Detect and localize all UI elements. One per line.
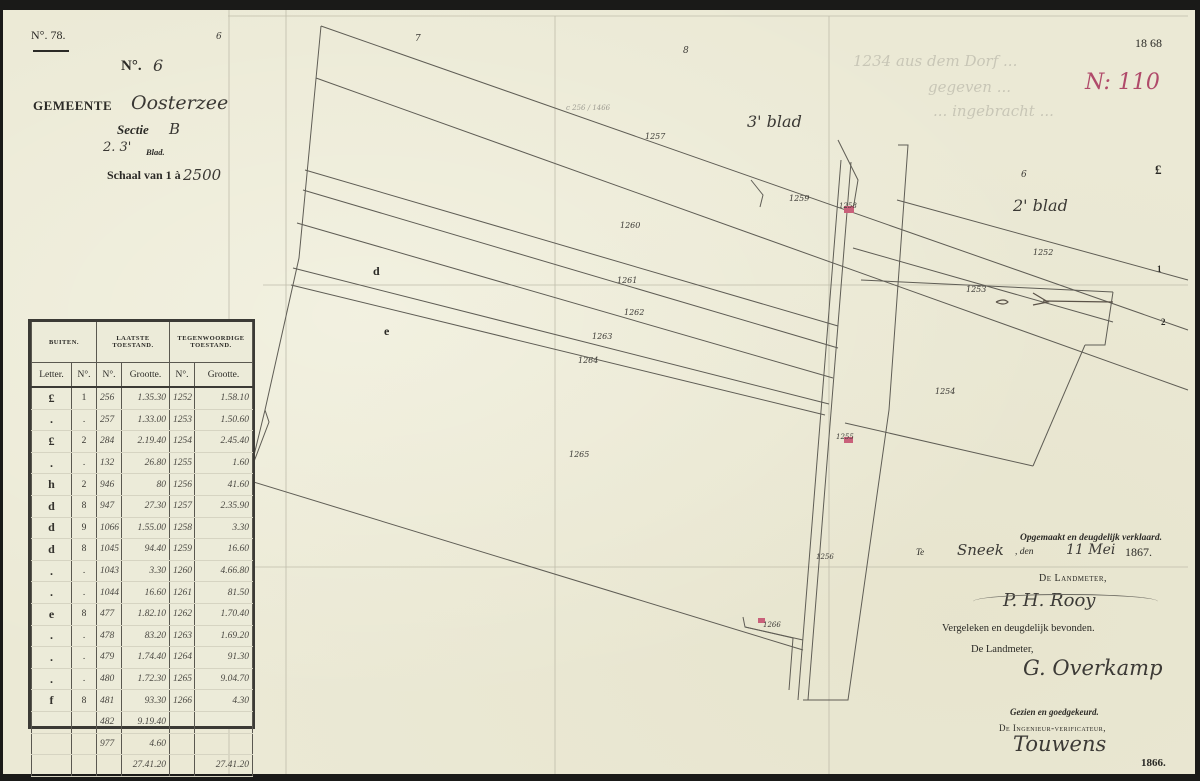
gemeente-value: Oosterzee: [131, 92, 228, 114]
cell-old-size: 2.19.40: [122, 431, 170, 453]
col-new-nr: N°.: [170, 363, 195, 388]
empty-cell: [170, 755, 195, 777]
corner-mark: 6: [216, 32, 222, 42]
table-row: e84771.82.1012621.70.40: [32, 603, 253, 625]
parcel-1264: 1264: [578, 356, 598, 365]
parcel-1256: 1256: [816, 553, 834, 561]
cell-nr: 8: [72, 495, 97, 517]
parcel-1258: 1258: [839, 202, 857, 210]
empty-cell: [32, 755, 72, 777]
schaal-label: Schaal van 1 à: [107, 168, 181, 183]
parcel-1266: 1266: [763, 621, 781, 629]
cell-letter: e: [32, 603, 72, 625]
cell-new-no: 1254: [170, 431, 195, 453]
cell-new-no: 1266: [170, 690, 195, 712]
den-label: , den: [1015, 547, 1033, 557]
verificateur-signature: Touwens: [1013, 732, 1106, 756]
schaal-value: 2500: [183, 166, 221, 184]
cell-nr: .: [72, 560, 97, 582]
map-label-blad2: 2' blad: [1013, 196, 1068, 215]
cell-new-no: 1265: [170, 668, 195, 690]
table-row: d894727.3012572.35.90: [32, 495, 253, 517]
table-row: ..4801.72.3012659.04.70: [32, 668, 253, 690]
cell-new-no: 1252: [170, 387, 195, 409]
cell-old-size: 16.60: [122, 582, 170, 604]
te-label: Te: [916, 547, 924, 557]
cell-letter: f: [32, 690, 72, 712]
cell-letter: [32, 711, 72, 733]
cell-new-size: 1.60: [195, 452, 253, 474]
parcel-1263: 1263: [592, 332, 612, 341]
cell-new-no: 1253: [170, 409, 195, 431]
faint-note-1: 1234 aus dem Dorf ...: [853, 52, 1017, 70]
cell-letter: .: [32, 409, 72, 431]
table-row: ..104416.60126181.50: [32, 582, 253, 604]
year-top: 18 68: [1135, 36, 1162, 51]
cell-old-size: 9.19.40: [122, 711, 170, 733]
table-row: d8104594.40125916.60: [32, 539, 253, 561]
cell-nr: .: [72, 668, 97, 690]
table-row: d910661.55.0012583.30: [32, 517, 253, 539]
parcel-1262: 1262: [624, 308, 644, 317]
table-row: f848193.3012664.30: [32, 690, 253, 712]
col-old-size: Grootte.: [122, 363, 170, 388]
cell-letter: d: [32, 539, 72, 561]
cell-letter: £: [32, 431, 72, 453]
parcel-1259: 1259: [789, 194, 809, 203]
totals-row: 27.41.2027.41.20: [32, 755, 253, 777]
ledger-body: £12561.35.3012521.58.10..2571.33.0012531…: [32, 387, 253, 776]
faint-note-2: gegeven ...: [928, 78, 1011, 96]
header-buiten: BUITEN.: [32, 322, 97, 363]
cell-letter: .: [32, 560, 72, 582]
cell-old-no: 132: [97, 452, 122, 474]
blad-label: Blad.: [146, 147, 165, 157]
cell-new-no: 1260: [170, 560, 195, 582]
header-laatste-toestand: LAATSTE TOESTAND.: [97, 322, 170, 363]
cell-nr: .: [72, 625, 97, 647]
cell-new-no: 1264: [170, 647, 195, 669]
table-row: ..4791.74.40126491.30: [32, 647, 253, 669]
blad-value: 2. 3': [103, 140, 131, 155]
footer-year: 1866.: [1141, 757, 1166, 769]
faint-note-3: ... ingebracht ...: [933, 102, 1054, 120]
cell-new-no: 1257: [170, 495, 195, 517]
cell-old-size: 80: [122, 474, 170, 496]
cell-nr: 1: [72, 387, 97, 409]
cell-new-no: [170, 711, 195, 733]
total-old-size: 27.41.20: [122, 755, 170, 777]
cell-nr: .: [72, 582, 97, 604]
map-label-blad2-num: 6: [1021, 170, 1027, 180]
cell-old-no: 1045: [97, 539, 122, 561]
cell-nr: 8: [72, 690, 97, 712]
parcel-1252: 1252: [1033, 248, 1053, 257]
cell-new-no: 1255: [170, 452, 195, 474]
cell-letter: £: [32, 387, 72, 409]
cell-old-no: 482: [97, 711, 122, 733]
cell-old-size: 1.55.00: [122, 517, 170, 539]
cell-old-no: 977: [97, 733, 122, 755]
cell-old-size: 1.35.30: [122, 387, 170, 409]
cell-new-size: 1.70.40: [195, 603, 253, 625]
cell-letter: d: [32, 517, 72, 539]
landmeter2-signature: G. Overkamp: [1023, 656, 1163, 680]
cell-new-size: 4.66.80: [195, 560, 253, 582]
cell-letter: .: [32, 452, 72, 474]
parcel-old-1257: c 256 / 1466: [566, 104, 610, 112]
cell-new-no: 1258: [170, 517, 195, 539]
table-row: 4829.19.40: [32, 711, 253, 733]
cell-nr: 8: [72, 539, 97, 561]
parcel-1257: 1257: [645, 132, 665, 141]
cell-nr: [72, 711, 97, 733]
cell-new-size: 91.30: [195, 647, 253, 669]
total-new-size: 27.41.20: [195, 755, 253, 777]
doc-number: N°. 78.: [31, 28, 65, 43]
cell-new-no: 1263: [170, 625, 195, 647]
place-value: Sneek: [957, 541, 1004, 559]
cell-old-size: 1.72.30: [122, 668, 170, 690]
sectie-label: Sectie: [117, 122, 149, 138]
row-label-1: 1: [1157, 264, 1162, 274]
cell-old-no: 257: [97, 409, 122, 431]
cell-new-size: [195, 733, 253, 755]
col-nr: N°.: [72, 363, 97, 388]
gemeente-label: GEMEENTE: [33, 98, 112, 114]
cell-letter: h: [32, 474, 72, 496]
cell-old-no: 1043: [97, 560, 122, 582]
cell-old-size: 26.80: [122, 452, 170, 474]
cell-new-size: [195, 711, 253, 733]
cell-old-size: 1.82.10: [122, 603, 170, 625]
cell-old-no: 1066: [97, 517, 122, 539]
cell-old-no: 481: [97, 690, 122, 712]
cell-new-no: 1256: [170, 474, 195, 496]
cell-new-no: 1262: [170, 603, 195, 625]
cell-old-size: 83.20: [122, 625, 170, 647]
cell-nr: [72, 733, 97, 755]
map-label-sheet7: 7: [415, 34, 421, 44]
cell-old-no: 479: [97, 647, 122, 669]
cell-nr: 2: [72, 474, 97, 496]
cell-old-size: 93.30: [122, 690, 170, 712]
landmeter-title: De Landmeter,: [1039, 573, 1107, 584]
cell-nr: .: [72, 452, 97, 474]
empty-cell: [97, 755, 122, 777]
cell-letter: .: [32, 582, 72, 604]
vergeleken-statement: Vergeleken en deugdelijk bevonden.: [942, 623, 1095, 634]
cadastral-sheet: N°. 78. 6 N°. 6 GEMEENTE Oosterzee Secti…: [3, 10, 1195, 774]
map-label-sheet8: 8: [683, 46, 689, 56]
table-row: ..47883.2012631.69.20: [32, 625, 253, 647]
cell-old-no: 284: [97, 431, 122, 453]
cell-letter: .: [32, 625, 72, 647]
sheet-number-value: 6: [153, 56, 163, 75]
parcel-1254: 1254: [935, 387, 955, 396]
sectie-value: B: [169, 120, 180, 138]
parcel-1255: 1255: [836, 433, 854, 441]
red-register-number: N: 110: [1085, 70, 1160, 95]
cell-old-size: 94.40: [122, 539, 170, 561]
cell-new-size: 1.58.10: [195, 387, 253, 409]
cell-new-size: 16.60: [195, 539, 253, 561]
cell-new-no: 1261: [170, 582, 195, 604]
cell-nr: .: [72, 647, 97, 669]
landmeter2-title: De Landmeter,: [971, 644, 1034, 655]
cell-new-size: 2.45.40: [195, 431, 253, 453]
cell-old-no: 480: [97, 668, 122, 690]
cell-old-no: 946: [97, 474, 122, 496]
cell-new-size: 2.35.90: [195, 495, 253, 517]
cell-old-size: 4.60: [122, 733, 170, 755]
parcel-1260: 1260: [620, 221, 640, 230]
cell-new-size: 41.60: [195, 474, 253, 496]
cell-letter: [32, 733, 72, 755]
col-old-nr: N°.: [97, 363, 122, 388]
row-label-2: 2: [1161, 317, 1166, 327]
sheet-number-label: N°.: [121, 58, 142, 75]
cell-old-no: 477: [97, 603, 122, 625]
header-tegenwoordige-toestand: TEGENWOORDIGE TOESTAND.: [170, 322, 253, 363]
cell-old-no: 1044: [97, 582, 122, 604]
cell-new-size: 4.30: [195, 690, 253, 712]
cell-nr: 8: [72, 603, 97, 625]
cell-old-no: 256: [97, 387, 122, 409]
cell-old-size: 1.33.00: [122, 409, 170, 431]
gezien-statement: Gezien en goedgekeurd.: [1010, 707, 1099, 717]
parcel-1265: 1265: [569, 450, 589, 459]
cell-new-size: 81.50: [195, 582, 253, 604]
table-row: 9774.60: [32, 733, 253, 755]
underline-divider: [33, 50, 69, 52]
cell-new-no: 1259: [170, 539, 195, 561]
cell-new-size: 1.50.60: [195, 409, 253, 431]
parcel-1261: 1261: [617, 276, 637, 285]
cell-nr: 9: [72, 517, 97, 539]
cell-letter: .: [32, 668, 72, 690]
year-value: 1867.: [1125, 545, 1152, 560]
parcel-ledger-table: BUITEN. LAATSTE TOESTAND. TEGENWOORDIGE …: [28, 319, 255, 729]
col-new-size: Grootte.: [195, 363, 253, 388]
cell-new-size: 3.30: [195, 517, 253, 539]
date-value: 11 Mei: [1066, 542, 1115, 558]
col-letter: Letter.: [32, 363, 72, 388]
cell-nr: .: [72, 409, 97, 431]
table-row: h294680125641.60: [32, 474, 253, 496]
table-row: £22842.19.4012542.45.40: [32, 431, 253, 453]
cell-nr: 2: [72, 431, 97, 453]
cell-letter: .: [32, 647, 72, 669]
signature-flourish: [973, 594, 1158, 609]
cell-new-size: 9.04.70: [195, 668, 253, 690]
cell-letter: d: [32, 495, 72, 517]
section-label-right: £: [1155, 162, 1162, 178]
cell-new-size: 1.69.20: [195, 625, 253, 647]
table-row: £12561.35.3012521.58.10: [32, 387, 253, 409]
table-row: ..2571.33.0012531.50.60: [32, 409, 253, 431]
map-label-blad3: 3' blad: [747, 112, 802, 131]
cell-old-size: 27.30: [122, 495, 170, 517]
parcel-1253: 1253: [966, 285, 986, 294]
cell-old-size: 3.30: [122, 560, 170, 582]
cell-old-no: 478: [97, 625, 122, 647]
table-row: ..10433.3012604.66.80: [32, 560, 253, 582]
cell-old-size: 1.74.40: [122, 647, 170, 669]
cell-old-no: 947: [97, 495, 122, 517]
table-row: ..13226.8012551.60: [32, 452, 253, 474]
section-label-d: d: [373, 264, 380, 279]
section-label-e: e: [384, 324, 389, 339]
cell-new-no: [170, 733, 195, 755]
empty-cell: [72, 755, 97, 777]
